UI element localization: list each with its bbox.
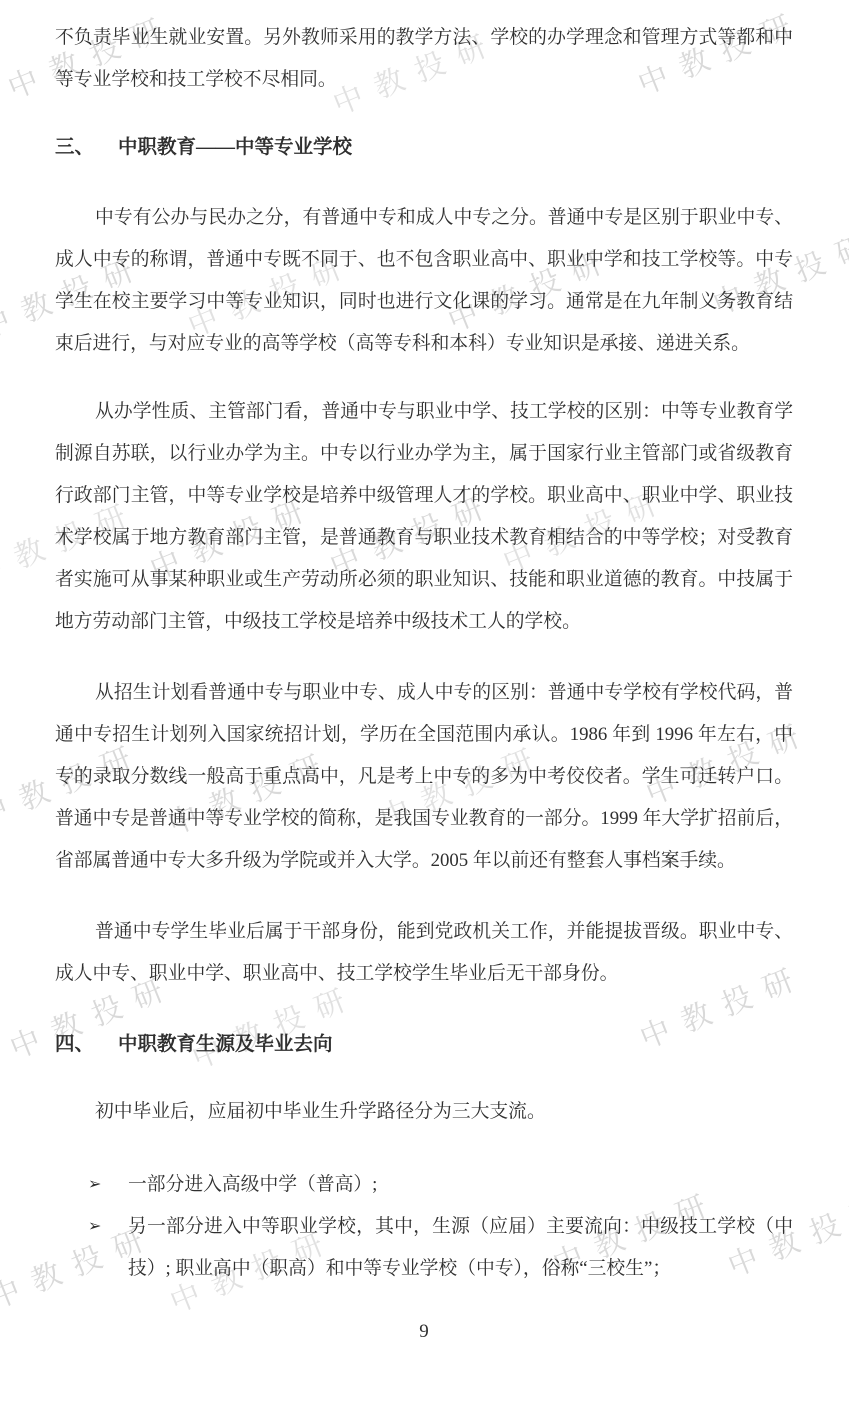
heading-number: 四、 xyxy=(55,1024,118,1066)
text-line: 等专业学校和技工学校不尽相同。 xyxy=(55,59,793,101)
text-line: 另一部分进入中等职业学校，其中，生源（应届）主要流向：中级技工学校（中 xyxy=(128,1206,793,1248)
text-line: 成人中专的称谓，普通中专既不同于、也不包含职业高中、职业中学和技工学校等。中专 xyxy=(55,239,793,281)
arrow-bullet-icon: ➢ xyxy=(88,1206,128,1290)
text-line: 从招生计划看普通中专与职业中专、成人中专的区别：普通中专学校有学校代码，普 xyxy=(55,672,793,714)
text-line: 不负责毕业生就业安置。另外教师采用的教学方法、学校的办学理念和管理方式等都和中 xyxy=(55,17,793,59)
text-line: 省部属普通中专大多升级为学院或并入大学。2005 年以前还有整套人事档案手续。 xyxy=(55,840,793,882)
text-line: 普通中专学生毕业后属于干部身份，能到党政机关工作，并能提拔晋级。职业中专、 xyxy=(55,911,793,953)
bullet-item: ➢ 一部分进入高级中学（普高）; xyxy=(55,1164,793,1206)
text-line: 技）; 职业高中（职高）和中等专业学校（中专），俗称“三校生”； xyxy=(128,1248,793,1290)
text-line: 中专有公办与民办之分，有普通中专和成人中专之分。普通中专是区别于职业中专、 xyxy=(55,197,793,239)
text-line: 地方劳动部门主管，中级技工学校是培养中级技术工人的学校。 xyxy=(55,601,793,643)
bullet-text: 另一部分进入中等职业学校，其中，生源（应届）主要流向：中级技工学校（中 技）; … xyxy=(128,1206,793,1290)
paragraph: 普通中专学生毕业后属于干部身份，能到党政机关工作，并能提拔晋级。职业中专、 成人… xyxy=(55,911,793,995)
text-line: 制源自苏联，以行业办学为主。中专以行业办学为主，属于国家行业主管部门或省级教育 xyxy=(55,433,793,475)
arrow-bullet-icon: ➢ xyxy=(88,1164,128,1206)
text-line: 一部分进入高级中学（普高）; xyxy=(128,1164,793,1206)
paragraph: 从招生计划看普通中专与职业中专、成人中专的区别：普通中专学校有学校代码，普 通中… xyxy=(55,672,793,882)
paragraph: 不负责毕业生就业安置。另外教师采用的教学方法、学校的办学理念和管理方式等都和中 … xyxy=(55,17,793,101)
text-line: 初中毕业后，应届初中毕业生升学路径分为三大支流。 xyxy=(55,1091,793,1133)
page-content: 不负责毕业生就业安置。另外教师采用的教学方法、学校的办学理念和管理方式等都和中 … xyxy=(0,0,849,1353)
text-line: 学生在校主要学习中等专业知识，同时也进行文化课的学习。通常是在九年制义务教育结 xyxy=(55,281,793,323)
paragraph: 初中毕业后，应届初中毕业生升学路径分为三大支流。 xyxy=(55,1091,793,1133)
text-line: 专的录取分数线一般高于重点高中，凡是考上中专的多为中考佼佼者。学生可迁转户口。 xyxy=(55,756,793,798)
heading-text: 中职教育——中等专业学校 xyxy=(118,127,352,169)
section-heading-three: 三、 中职教育——中等专业学校 xyxy=(55,127,793,169)
section-heading-four: 四、 中职教育生源及毕业去向 xyxy=(55,1024,793,1066)
text-line: 束后进行，与对应专业的高等学校（高等专科和本科）专业知识是承接、递进关系。 xyxy=(55,323,793,365)
paragraph: 中专有公办与民办之分，有普通中专和成人中专之分。普通中专是区别于职业中专、 成人… xyxy=(55,197,793,365)
page-number: 9 xyxy=(55,1311,793,1353)
text-line: 从办学性质、主管部门看，普通中专与职业中学、技工学校的区别：中等专业教育学 xyxy=(55,391,793,433)
text-line: 成人中专、职业中学、职业高中、技工学校学生毕业后无干部身份。 xyxy=(55,953,793,995)
document-page: 中教投研中教投研中教投研中教投研中教投研中教投研中教投研中教投研中教投研中教投研… xyxy=(0,0,849,1415)
bullet-text: 一部分进入高级中学（普高）; xyxy=(128,1164,793,1206)
heading-number: 三、 xyxy=(55,127,118,169)
bullet-item: ➢ 另一部分进入中等职业学校，其中，生源（应届）主要流向：中级技工学校（中 技）… xyxy=(55,1206,793,1290)
text-line: 者实施可从事某种职业或生产劳动所必须的职业知识、技能和职业道德的教育。中技属于 xyxy=(55,559,793,601)
text-line: 通中专招生计划列入国家统招计划，学历在全国范围内承认。1986 年到 1996 … xyxy=(55,714,793,756)
paragraph: 从办学性质、主管部门看，普通中专与职业中学、技工学校的区别：中等专业教育学 制源… xyxy=(55,391,793,643)
text-line: 术学校属于地方教育部门主管，是普通教育与职业技术教育相结合的中等学校；对受教育 xyxy=(55,517,793,559)
heading-text: 中职教育生源及毕业去向 xyxy=(118,1024,333,1066)
text-line: 普通中专是普通中等专业学校的简称，是我国专业教育的一部分。1999 年大学扩招前… xyxy=(55,798,793,840)
text-line: 行政部门主管，中等专业学校是培养中级管理人才的学校。职业高中、职业中学、职业技 xyxy=(55,475,793,517)
